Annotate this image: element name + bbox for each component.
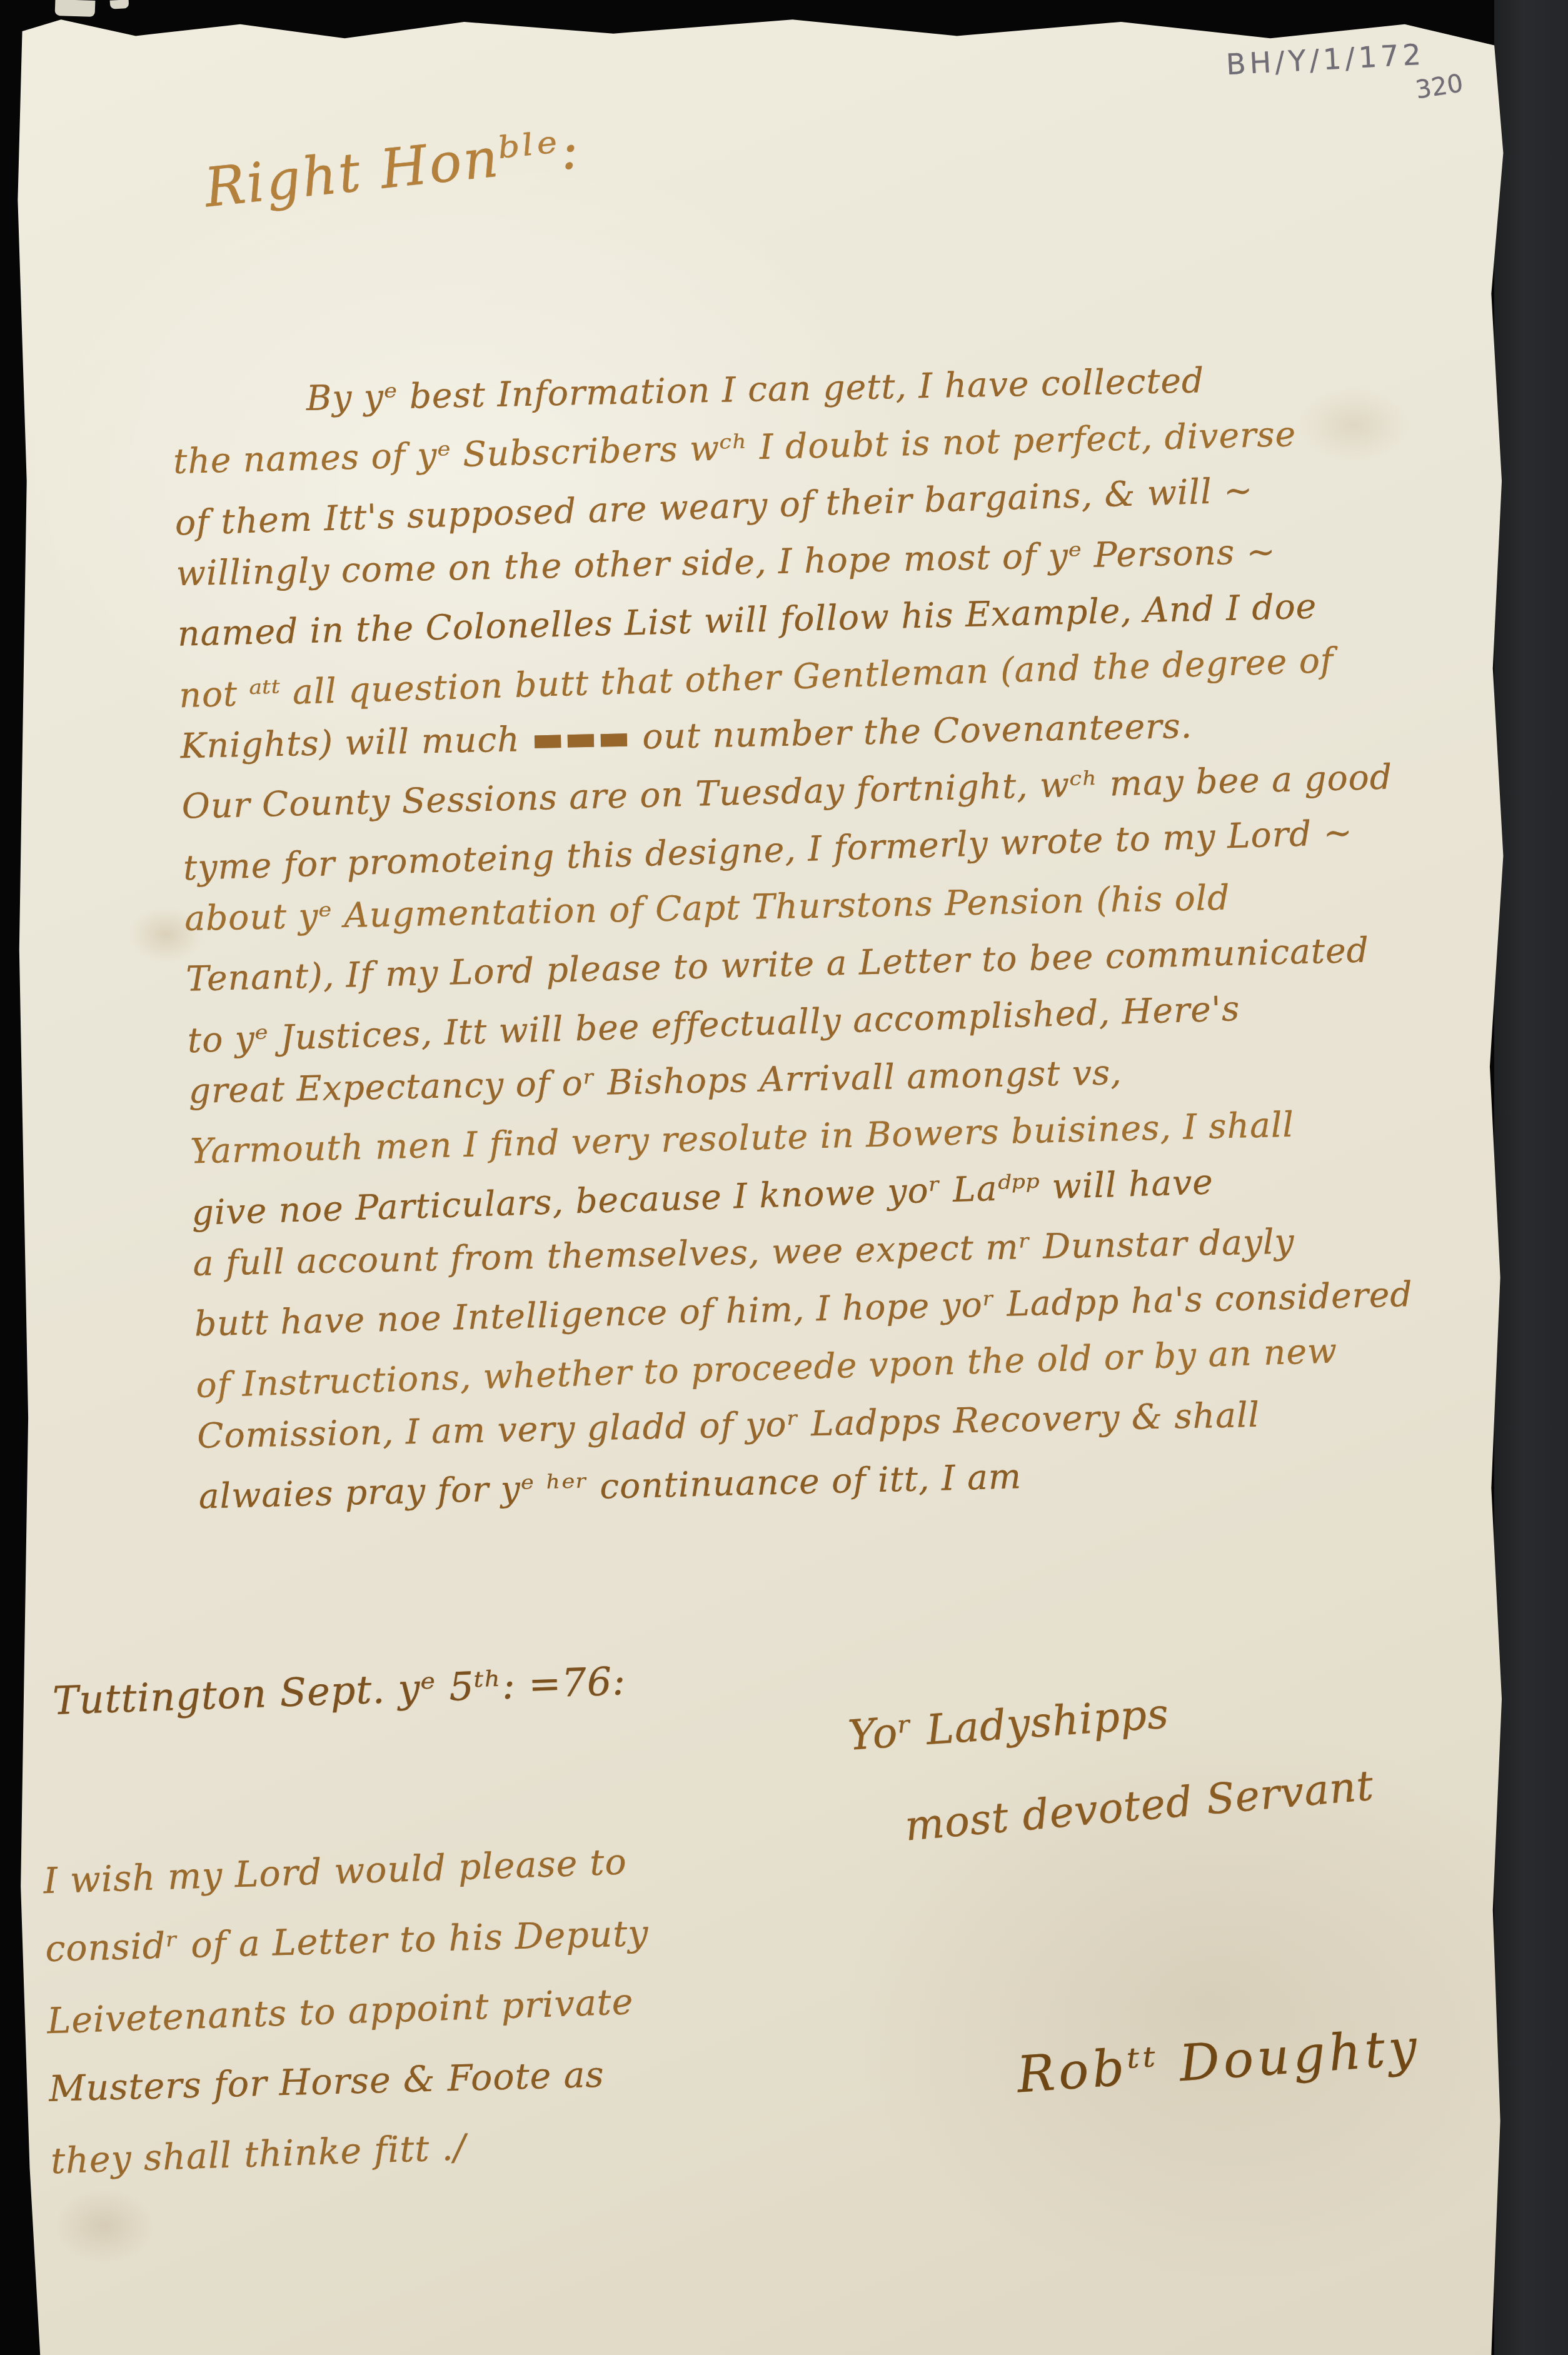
dateline: Tuttington Sept. yᵉ 5ᵗʰ: =76: <box>52 1658 626 1724</box>
folio-number: 320 <box>1414 69 1465 104</box>
postscript: I wish my Lord would please toconsidʳ of… <box>43 1829 655 2194</box>
archival-reference-number: BH/Y/1/172 <box>1225 38 1425 82</box>
valediction-line-2: most devoted Servant <box>903 1761 1375 1850</box>
signature: Robᵗᵗ Doughty <box>1015 2018 1422 2104</box>
valediction-line-1: Yoʳ Ladyshipps <box>847 1689 1170 1760</box>
paper-fragment <box>55 0 96 17</box>
letter-page: BH/Y/1/172 320 Right Honᵇˡᵉ: By yᵉ best … <box>16 13 1509 2355</box>
scanner-background-strip <box>1494 0 1568 2355</box>
scanned-manuscript-page: { "archival_marks": { "reference_number"… <box>0 0 1568 2355</box>
paper-fragment <box>110 0 129 9</box>
foxing-stain <box>54 2188 154 2263</box>
salutation: Right Honᵇˡᵉ: <box>201 118 583 220</box>
letter-body: By yᵉ best Information I can gett, I hav… <box>171 343 1530 1525</box>
